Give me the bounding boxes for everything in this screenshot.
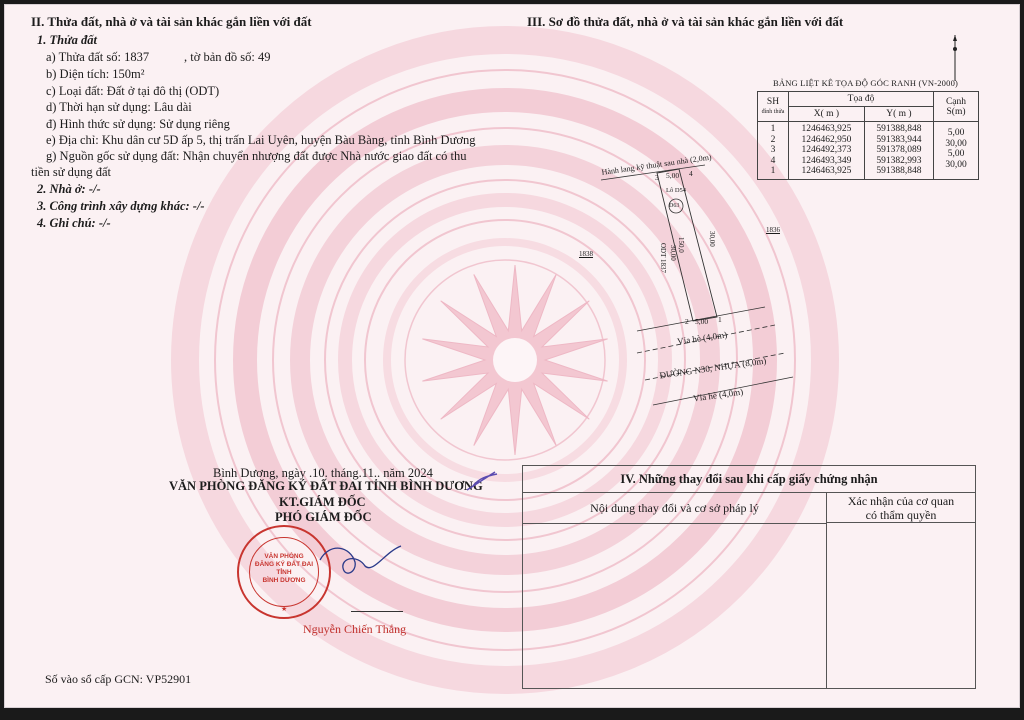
coords-header: Tọa độ: [789, 92, 934, 107]
authority-header-line-2: có thẩm quyền: [827, 508, 975, 522]
for-director: KT.GIÁM ĐỐC: [279, 495, 366, 510]
authority-header-line-1: Xác nhận của cơ quan: [827, 494, 975, 508]
sh-sublabel: đỉnh thửa: [760, 107, 786, 117]
edge-length-4: 30,00: [936, 160, 976, 171]
parcel-number: 1837: [124, 50, 149, 64]
edge-length-1: 5,00: [936, 128, 976, 139]
coord-sh-3: 3: [758, 145, 788, 156]
sh-label: SH: [760, 97, 786, 107]
neighbor-parcel-1838: 1838: [579, 250, 593, 258]
vertex-1: 1: [718, 315, 722, 324]
signer-name: Nguyễn Chiến Thắng: [303, 621, 406, 637]
register-number: Số vào sổ cấp GCN: VP52901: [45, 671, 191, 687]
lot-code: D63: [669, 203, 679, 209]
issuing-office: VĂN PHÒNG ĐĂNG KÝ ĐẤT ĐAI TỈNH BÌNH DƯƠN…: [169, 479, 483, 494]
area-field: b) Diện tích: 150m²: [46, 66, 145, 82]
side-right-length: 30,00: [708, 231, 716, 247]
usage-term-field: d) Thời hạn sử dụng: Lâu dài: [46, 99, 192, 115]
signature-line: [351, 611, 403, 612]
coord-sh-1: 1: [758, 124, 788, 135]
coord-x-3: 1246492,373: [791, 145, 862, 156]
section-3-heading: III. Sơ đồ thửa đất, nhà ở và tài sản kh…: [527, 14, 843, 30]
handwritten-signature: [315, 540, 405, 585]
parcel-area: 150,0: [677, 237, 685, 253]
map-sheet-label: , tờ bản đồ số:: [184, 50, 255, 64]
land-type-field: c) Loại đất: Đất ở tại đô thị (ODT): [46, 83, 219, 99]
edge-sublabel: S(m): [936, 107, 976, 117]
side-left-length: 30,00: [669, 245, 677, 261]
stamp-star-icon: ★: [281, 605, 287, 613]
land-code: ODT 1837: [659, 243, 667, 273]
coord-sh-2: 2: [758, 135, 788, 146]
coord-table-title: BẢNG LIỆT KÊ TỌA ĐỘ GÓC RANH (VN-2000): [773, 78, 958, 88]
parcel-label: a) Thửa đất số:: [46, 50, 121, 64]
section-2-heading: II. Thửa đất, nhà ở và tài sản khác gắn …: [31, 14, 312, 30]
usage-form-field: đ) Hình thức sử dụng: Sử dụng riêng: [46, 116, 230, 132]
vertex-2: 2: [685, 317, 689, 326]
edge-column: 5,0030,005,0030,00: [934, 122, 979, 180]
lot-label: Lô D54: [666, 187, 686, 194]
section-4-heading: IV. Những thay đổi sau khi cấp giấy chứn…: [523, 466, 975, 493]
vertex-4: 4: [689, 169, 693, 178]
bottom-width: 5,00: [695, 317, 708, 326]
changes-content-header: Nội dung thay đổi và cơ sở pháp lý: [523, 493, 827, 524]
edge-label: Cạnh: [936, 97, 976, 107]
y-header: Y( m ): [864, 107, 933, 122]
coord-y-1: 591388,848: [867, 124, 931, 135]
neighbor-parcel-1836: 1836: [766, 226, 780, 234]
initial-mark: [465, 468, 501, 494]
parcel-diagram: [565, 155, 825, 415]
land-heading: 1. Thửa đất: [37, 32, 97, 48]
deputy-director: PHÓ GIÁM ĐỐC: [275, 510, 372, 525]
edge-length-3: 5,00: [936, 149, 976, 160]
coord-x-2: 1246462,950: [791, 135, 862, 146]
changes-table: IV. Những thay đổi sau khi cấp giấy chứn…: [522, 465, 976, 689]
other-works-field: 3. Công trình xây dựng khác: -/-: [37, 198, 205, 214]
sh-header: SH đỉnh thửa: [758, 92, 789, 122]
map-sheet: , tờ bản đồ số: 49: [184, 49, 270, 65]
coord-y-2: 591383,944: [867, 135, 931, 146]
origin-field: g) Nguồn gốc sử dụng đất: Nhận chuyển nh…: [46, 148, 466, 164]
y-column: 591388,848591383,944591378,089591382,993…: [864, 122, 933, 180]
certificate-page: II. Thửa đất, nhà ở và tài sản khác gắn …: [4, 4, 1020, 708]
coord-y-4: 591382,993: [867, 156, 931, 167]
house-field: 2. Nhà ở: -/-: [37, 181, 101, 197]
north-arrow-icon: [949, 33, 961, 83]
x-header: X( m ): [789, 107, 865, 122]
notes-field: 4. Ghi chú: -/-: [37, 215, 111, 231]
authority-confirmation-header: Xác nhận của cơ quan có thẩm quyền: [827, 493, 975, 523]
top-width: 5,00: [666, 171, 679, 180]
coord-y-3: 591378,089: [867, 145, 931, 156]
column-divider: [826, 524, 827, 688]
origin-field-cont: tiền sử dụng đất: [31, 164, 111, 180]
address-field: e) Địa chỉ: Khu dân cư 5D ấp 5, thị trấn…: [46, 132, 475, 148]
vertex-3: 3: [655, 173, 659, 182]
coord-x-1: 1246463,925: [791, 124, 862, 135]
map-sheet-number: 49: [258, 50, 271, 64]
parcel-number-label: a) Thửa đất số: 1837: [46, 49, 149, 65]
coord-y-5: 591388,848: [867, 166, 931, 177]
edge-length-2: 30,00: [936, 139, 976, 150]
edge-header: Cạnh S(m): [934, 92, 979, 122]
